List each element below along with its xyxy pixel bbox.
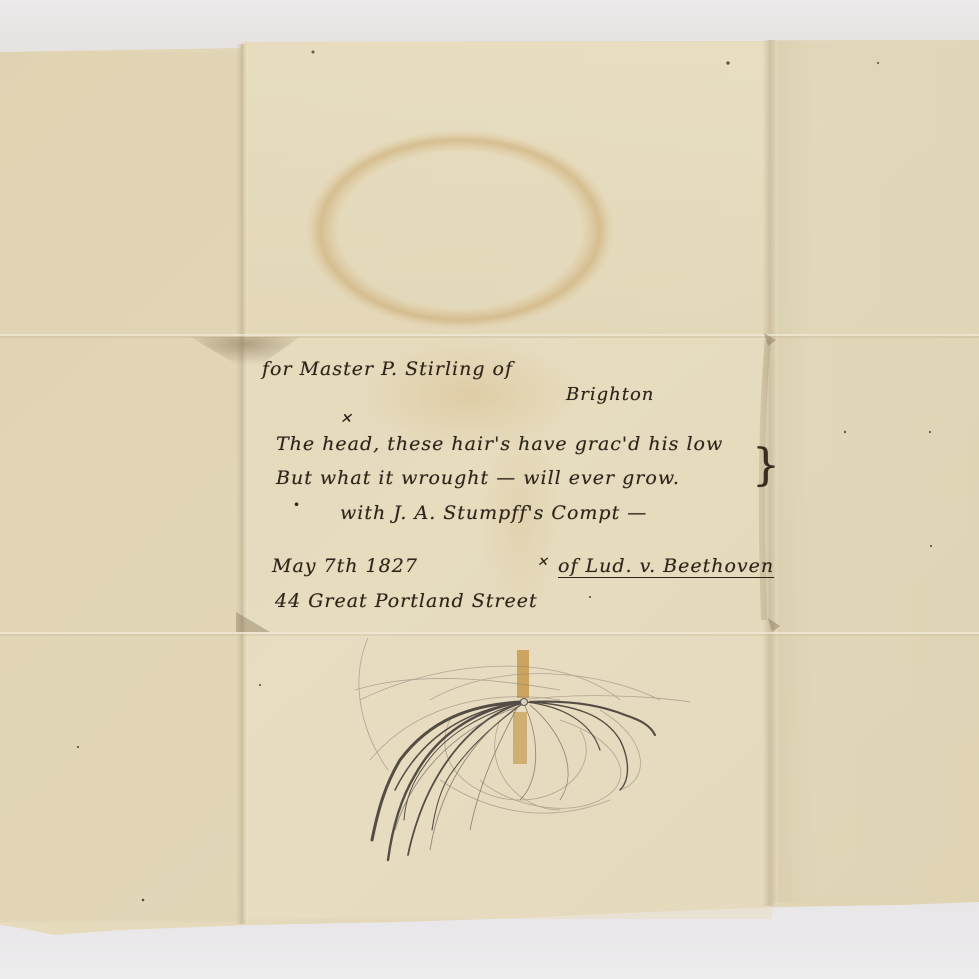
verse-line-2: But what it wrought — will ever grow.: [276, 467, 680, 489]
place-line: Brighton: [566, 384, 654, 405]
subject-line: of Lud. v. Beethoven: [558, 555, 774, 577]
address-line: 44 Great Portland Street: [275, 590, 538, 612]
cross-mark-icon-2: ✕: [537, 555, 549, 570]
date-line: May 7th 1827: [272, 555, 418, 577]
attribution-line: with J. A. Stumpff's Compt —: [340, 502, 647, 524]
paper-texture: [0, 0, 979, 979]
verse-line-1: The head, these hair's have grac'd his l…: [276, 433, 723, 455]
brace-mark: }: [752, 440, 781, 491]
letter-sheet: for Master P. Stirling of Brighton ✕ The…: [0, 0, 979, 979]
recipient-line: for Master P. Stirling of: [262, 358, 513, 380]
cross-mark-icon: ✕: [340, 411, 353, 427]
ink-dot: •: [293, 498, 301, 512]
